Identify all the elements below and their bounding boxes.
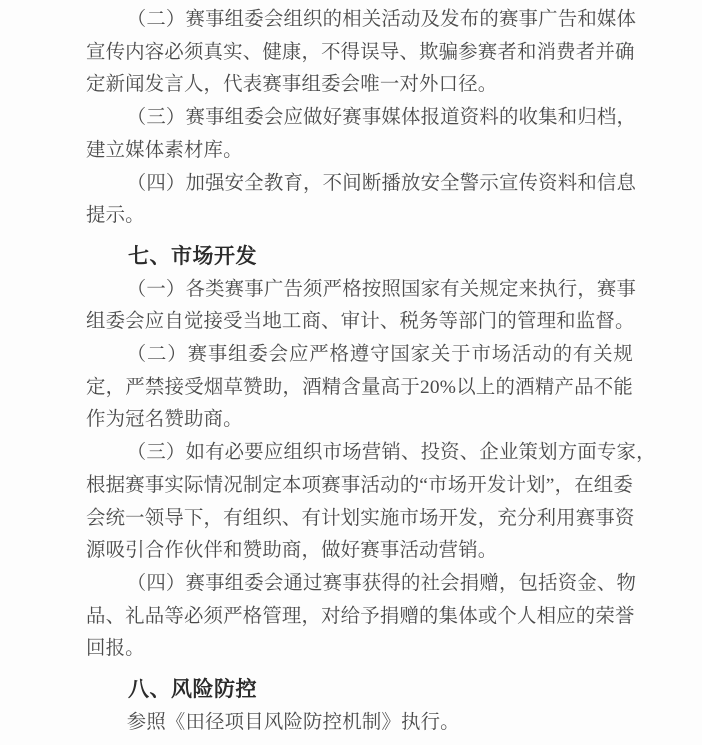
document-page: （二）赛事组委会组织的相关活动及发布的赛事广告和媒体 宣传内容必须真实、健康，不… [0,0,702,745]
para-media-archive: （三）赛事组委会应做好赛事媒体报道资料的收集和归档， 建立媒体素材库。 [86,102,633,167]
para-donation-management: （四）赛事组委会通过赛事获得的社会捐赠，包括资金、物 品、礼品等必须严格管理，对… [86,568,633,666]
heading-market-development: 七、市场开发 [86,241,633,274]
para-risk-reference: 参照《田径项目风险防控机制》执行。 [86,707,633,740]
text-line: 品、礼品等必须严格管理，对给予捐赠的集体或个人相应的荣誉 [86,601,633,634]
para-safety-education: （四）加强安全教育，不间断播放安全警示宣传资料和信息 提示。 [86,168,633,233]
para-marketing-plan: （三）如有必要应组织市场营销、投资、企业策划方面专家， 根据赛事实际情况制定本项… [86,437,633,568]
text-line: 会统一领导下，有组织、有计划实施市场开发，充分利用赛事资 [86,503,633,536]
text-line: 提示。 [86,200,633,233]
text-line: 定，严禁接受烟草赞助，酒精含量高于20%以上的酒精产品不能 [86,372,633,405]
text-line: （一）各类赛事广告须严格按照国家有关规定来执行，赛事 [86,274,633,307]
text-line: （二）赛事组委会应严格遵守国家关于市场活动的有关规 [86,339,633,372]
text-line: （三）如有必要应组织市场营销、投资、企业策划方面专家， [86,437,633,470]
text-line: 作为冠名赞助商。 [86,404,633,437]
para-publicity-content: （二）赛事组委会组织的相关活动及发布的赛事广告和媒体 宣传内容必须真实、健康，不… [86,4,633,102]
text-line: 定新闻发言人，代表赛事组委会唯一对外口径。 [86,69,633,102]
text-line: （四）赛事组委会通过赛事获得的社会捐赠，包括资金、物 [86,568,633,601]
para-advertising-regulation: （一）各类赛事广告须严格按照国家有关规定来执行，赛事 组委会应自觉接受当地工商、… [86,274,633,339]
text-line: 参照《田径项目风险防控机制》执行。 [86,707,633,740]
text-line: 回报。 [86,633,633,666]
text-line: （四）加强安全教育，不间断播放安全警示宣传资料和信息 [86,168,633,201]
text-line: （三）赛事组委会应做好赛事媒体报道资料的收集和归档， [86,102,633,135]
text-line: 组委会应自觉接受当地工商、审计、税务等部门的管理和监督。 [86,306,633,339]
text-line: 源吸引合作伙伴和赞助商，做好赛事活动营销。 [86,535,633,568]
text-line: 建立媒体素材库。 [86,135,633,168]
text-line: 宣传内容必须真实、健康，不得误导、欺骗参赛者和消费者并确 [86,37,633,70]
heading-risk-control: 八、风险防控 [86,674,633,707]
para-sponsorship-restriction: （二）赛事组委会应严格遵守国家关于市场活动的有关规 定，严禁接受烟草赞助，酒精含… [86,339,633,437]
text-line: 根据赛事实际情况制定本项赛事活动的“市场开发计划”，在组委 [86,470,633,503]
text-line: （二）赛事组委会组织的相关活动及发布的赛事广告和媒体 [86,4,633,37]
